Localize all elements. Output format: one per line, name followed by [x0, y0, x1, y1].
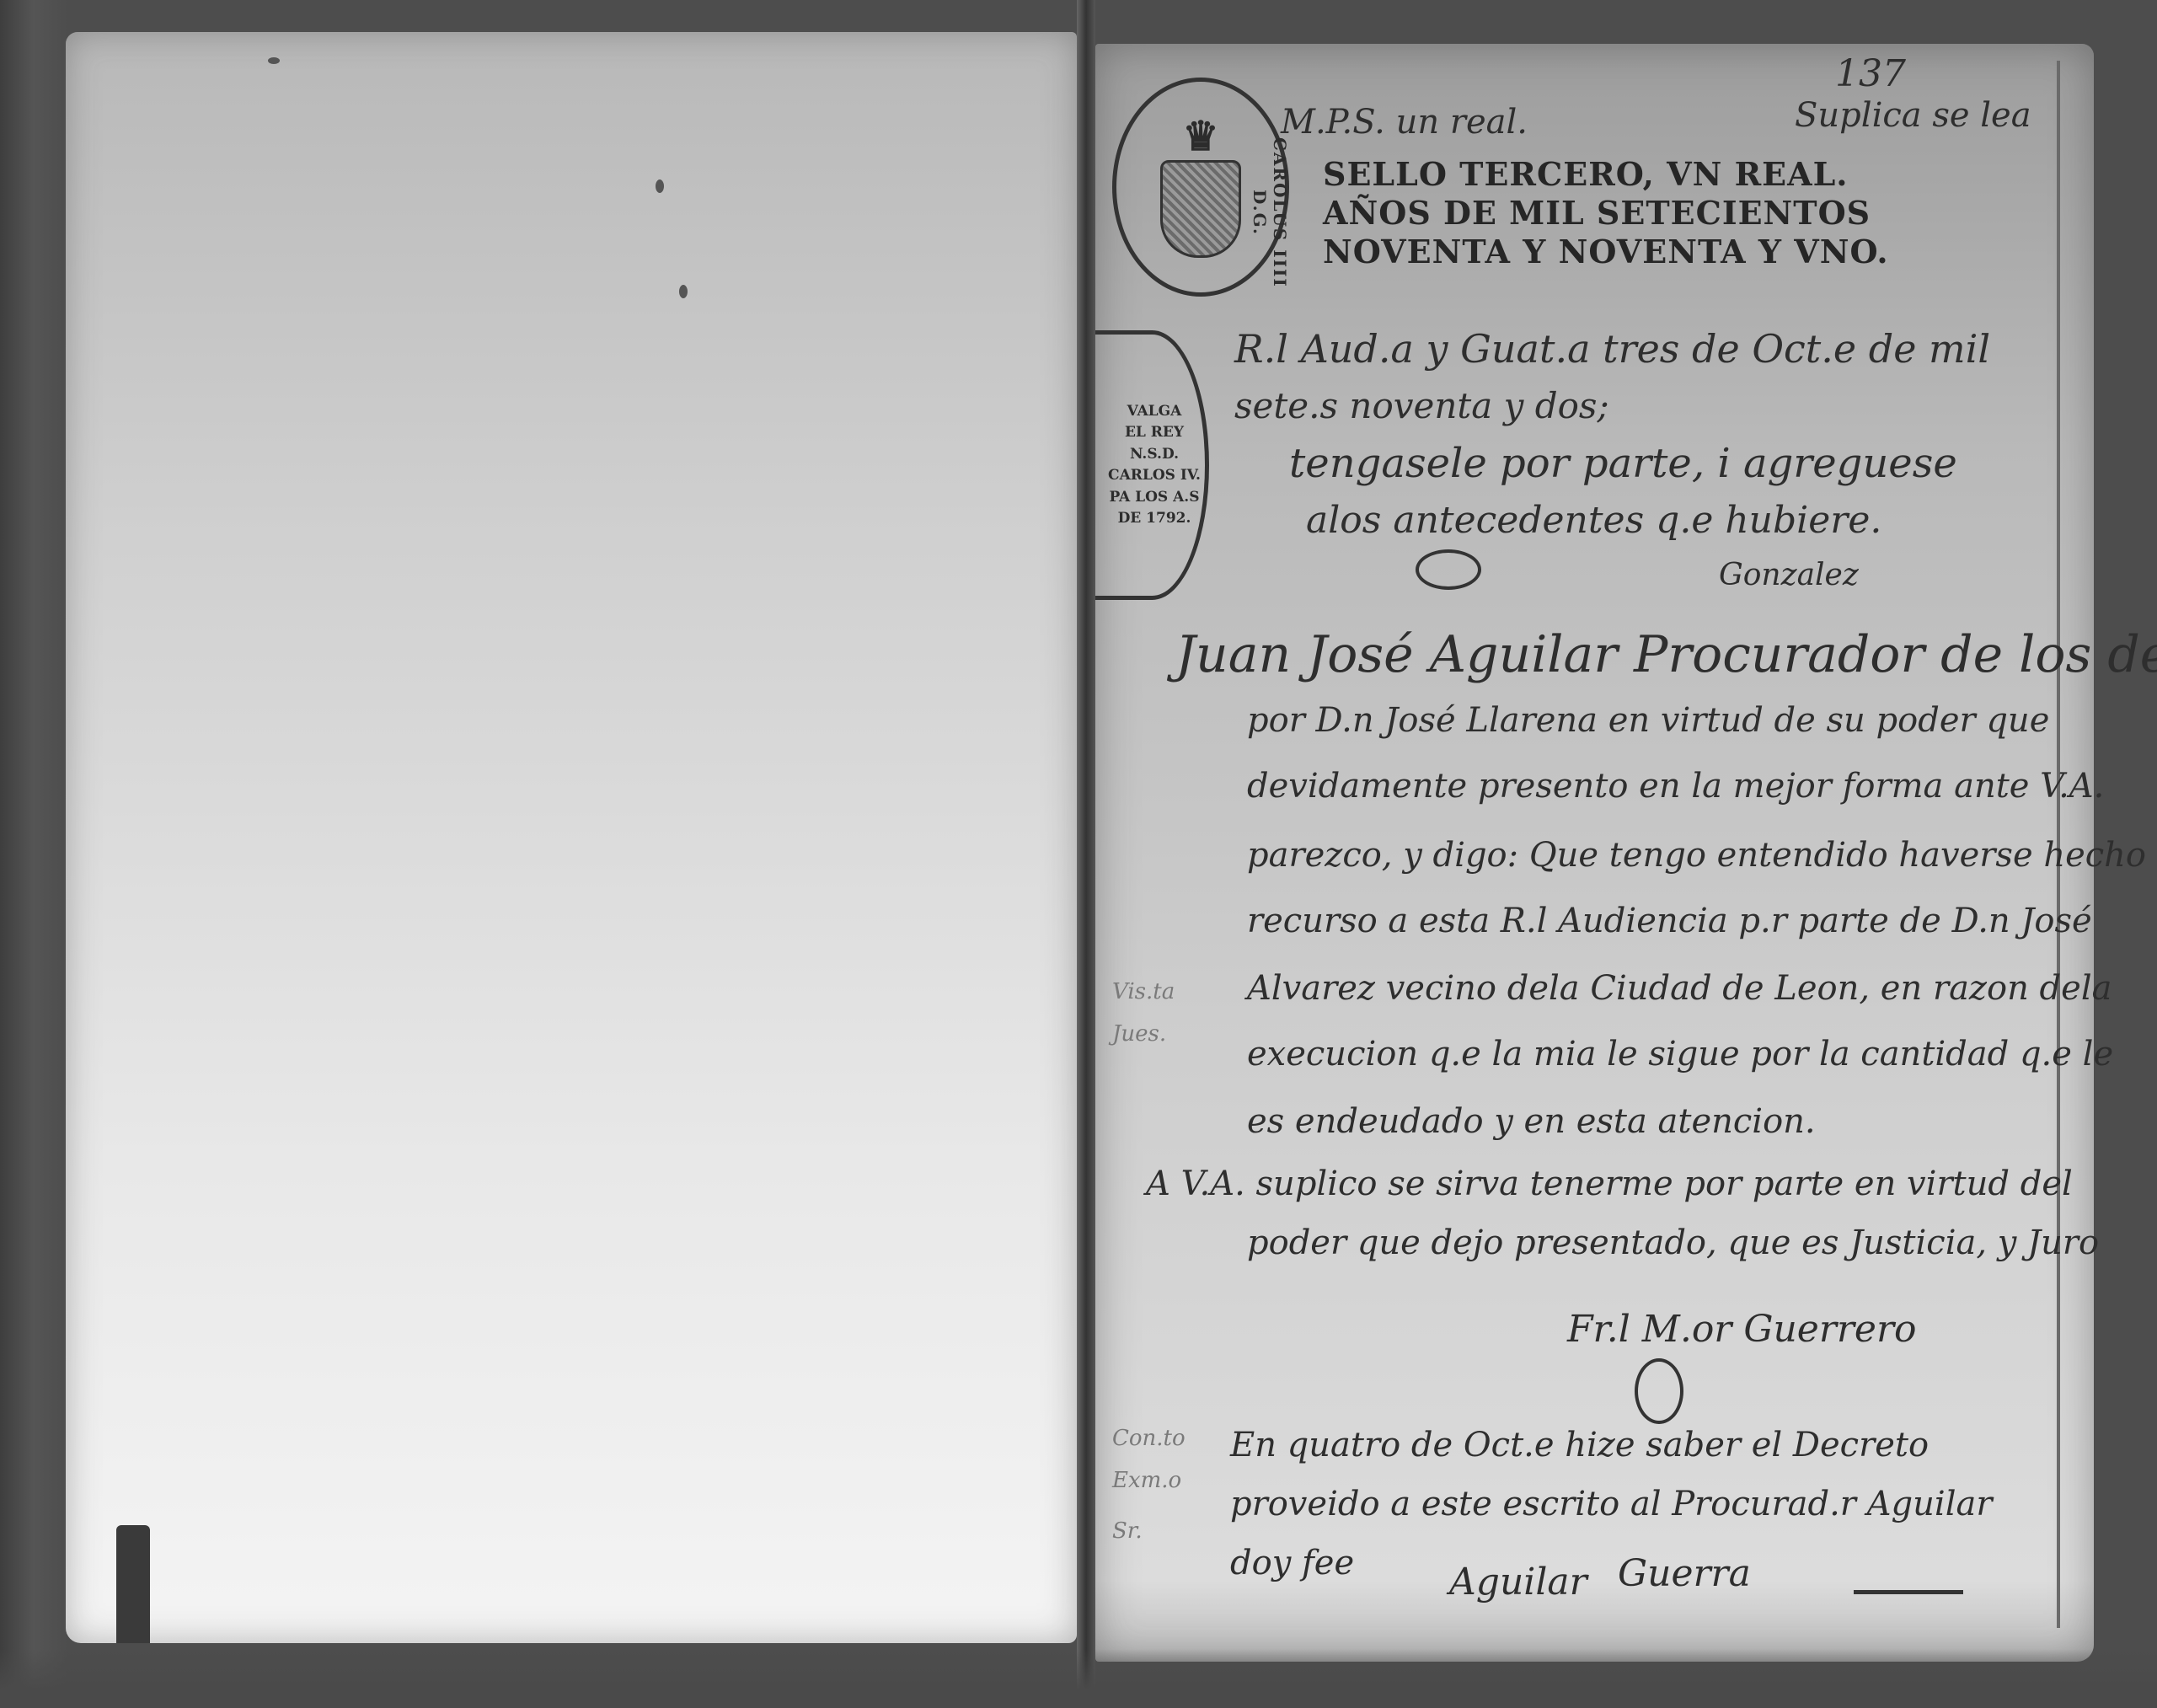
petition-line: A V.A. suplico se sirva tenerme por part… — [1146, 1165, 2073, 1203]
petition-line: parezco, y digo: Que tengo entendido hav… — [1247, 836, 2146, 875]
printed-stamp-header: SELLO TERCERO, VN REAL. AÑOS DE MIL SETE… — [1323, 155, 1896, 271]
notification-line: En quatro de Oct.e hize saber el Decreto — [1230, 1426, 1929, 1464]
stamp-ring-text: CAROLUS IIII D.G. — [1250, 132, 1290, 292]
margin-note: Jues. — [1112, 1021, 1166, 1047]
seal-line: DE 1792. — [1118, 508, 1191, 530]
notification-signature: Aguilar — [1449, 1561, 1587, 1604]
petition-line: recurso a esta R.l Audiencia p.r parte d… — [1247, 902, 2092, 940]
petition-line: Juan José Aguilar Procurador de los del … — [1175, 625, 2157, 684]
right-page: 137 M.P.S. un real. Suplica se lea ♛ CAR… — [1095, 44, 2094, 1662]
ink-spot — [656, 179, 664, 193]
petition-line: Alvarez vecino dela Ciudad de Leon, en r… — [1247, 969, 2112, 1008]
bookmark-tab — [116, 1525, 150, 1643]
petition-line: execucion q.e la mia le sigue por la can… — [1247, 1035, 2113, 1074]
seal-stamp: VALGA EL REY N.S.D. CARLOS IV. PA LOS A.… — [1095, 330, 1209, 600]
coat-of-arms-icon — [1160, 160, 1241, 258]
petition-line: es endeudado y en esta atencion. — [1247, 1102, 1816, 1141]
margin-note: Con.to — [1112, 1426, 1186, 1451]
top-right-note: Suplica se lea — [1795, 96, 2031, 135]
petition-line: poder que dejo presentado, que es Justic… — [1247, 1223, 2099, 1262]
signature-flourish — [1635, 1358, 1683, 1424]
seal-line: EL REY — [1125, 422, 1184, 444]
decree-line: alos antecedentes q.e hubiere. — [1306, 499, 1881, 542]
margin-note: Exm.o — [1112, 1468, 1181, 1493]
petition-line: por D.n José Llarena en virtud de su pod… — [1247, 701, 2049, 740]
signature: Fr.l M.or Guerrero — [1567, 1308, 1916, 1351]
ink-spot — [268, 57, 280, 64]
crown-icon: ♛ — [1182, 116, 1218, 157]
decree-line: R.l Aud.a y Guat.a tres de Oct.e de mil — [1234, 326, 1990, 372]
royal-stamp: ♛ CAROLUS IIII D.G. — [1112, 78, 1289, 297]
seal-line: N.S.D. — [1130, 444, 1179, 466]
scan-bottom-edge — [0, 1649, 2157, 1708]
notification-line: proveido a este escrito al Procurad.r Ag… — [1230, 1485, 1992, 1523]
left-page-blank — [66, 32, 1077, 1643]
ink-spot — [679, 285, 688, 298]
notification-signature: Guerra — [1618, 1552, 1751, 1595]
book-spine — [1077, 0, 1095, 1708]
decree-line: sete.s noventa y dos; — [1234, 385, 1609, 426]
notification-line: doy fee — [1230, 1544, 1354, 1582]
header-line: NOVENTA Y NOVENTA Y VNO. — [1323, 233, 1896, 271]
rubric-flourish — [1416, 549, 1481, 590]
decree-line: tengasele por parte, i agreguese — [1289, 440, 1957, 487]
header-line: AÑOS DE MIL SETECIENTOS — [1323, 194, 1896, 233]
seal-line: VALGA — [1127, 401, 1182, 423]
margin-rubric: Gonzalez — [1719, 558, 1859, 592]
seal-line: PA LOS A.S — [1110, 487, 1200, 509]
margin-note: Sr. — [1112, 1518, 1143, 1544]
petition-line: devidamente presento en la mejor forma a… — [1247, 767, 2104, 806]
seal-line: CARLOS IV. — [1108, 465, 1201, 487]
closing-flourish — [1854, 1573, 1963, 1594]
folio-number: 137 — [1835, 52, 1906, 95]
top-left-note: M.P.S. un real. — [1281, 103, 1528, 142]
margin-note: Vis.ta — [1112, 979, 1175, 1004]
header-line: SELLO TERCERO, VN REAL. — [1323, 155, 1896, 194]
